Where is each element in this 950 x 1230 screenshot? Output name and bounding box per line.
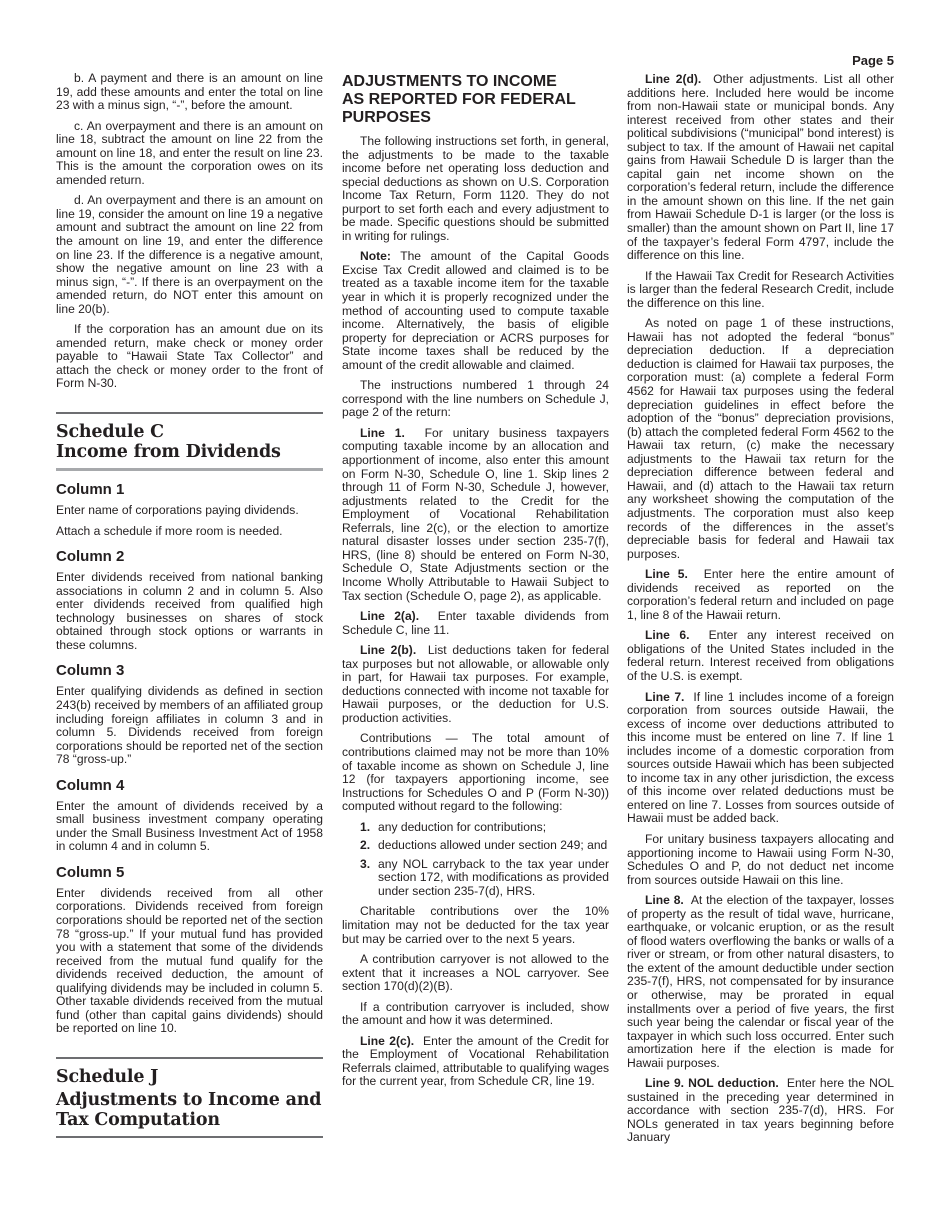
list-item: 3.any NOL carryback to the tax year unde… [360, 858, 609, 899]
list-text: any NOL carryback to the tax year under … [378, 858, 609, 899]
left-column: b. A payment and there is an amount on l… [56, 72, 323, 1138]
line-2c-paragraph: Line 2(c). Enter the amount of the Credi… [342, 1035, 609, 1089]
line-5-label: Line 5. [645, 567, 688, 581]
charitable-paragraph: Charitable contributions over the 10% li… [342, 905, 609, 946]
list-item: 2.deductions allowed under section 249; … [360, 839, 609, 853]
section-title-line2: AS REPORTED FOR FEDERAL [342, 91, 609, 109]
line-9-paragraph: Line 9. NOL deduction. Enter here the NO… [627, 1077, 894, 1145]
divider [56, 412, 323, 414]
column-2-text: Enter dividends received from national b… [56, 571, 323, 652]
line-2d-label: Line 2(d). [645, 72, 701, 86]
carryover-paragraph: A contribution carryover is not allowed … [342, 953, 609, 994]
line-7-text: If line 1 includes income of a foreign c… [627, 690, 894, 826]
column-5-text: Enter dividends received from all other … [56, 887, 323, 1036]
schedule-j-title-line3: Tax Computation [56, 1110, 323, 1130]
column-4-heading: Column 4 [56, 777, 323, 794]
list-item: 1.any deduction for contributions; [360, 821, 609, 835]
line-2a-label: Line 2(a). [360, 609, 419, 623]
line-2c-label: Line 2(c). [360, 1034, 414, 1048]
line-6-label: Line 6. [645, 628, 690, 642]
right-column: Line 2(d). Other adjustments. List all o… [627, 73, 894, 1152]
line-9-label: Line 9. NOL deduction. [645, 1076, 779, 1090]
schedule-j-title: Schedule J Adjustments to Income and Tax… [56, 1067, 323, 1130]
line-8-text: At the election of the taxpayer, losses … [627, 893, 894, 1070]
paragraph-b: b. A payment and there is an amount on l… [56, 72, 323, 113]
line-1-paragraph: Line 1. For unitary business taxpayers c… [342, 427, 609, 603]
paragraph-amount-due: If the corporation has an amount due on … [56, 323, 323, 391]
note-paragraph: Note: The amount of the Capital Goods Ex… [342, 250, 609, 372]
column-3-text: Enter qualifying dividends as defined in… [56, 685, 323, 766]
column-1-text: Enter name of corporations paying divide… [56, 504, 323, 518]
contributions-exclusion-list: 1.any deduction for contributions; 2.ded… [342, 821, 609, 899]
list-text: any deduction for contributions; [378, 821, 609, 835]
section-title-line3: PURPOSES [342, 109, 609, 127]
column-4-text: Enter the amount of dividends received b… [56, 800, 323, 854]
column-1-text-2: Attach a schedule if more room is needed… [56, 525, 323, 539]
schedule-j-title-line2: Adjustments to Income and [56, 1090, 323, 1110]
note-text: The amount of the Capital Goods Excise T… [342, 249, 609, 371]
contributions-paragraph: Contributions — The total amount of cont… [342, 732, 609, 813]
intro-paragraph: The following instructions set forth, in… [342, 135, 609, 243]
schedule-c-title-line1: Schedule C [56, 422, 323, 442]
list-number: 2. [360, 839, 378, 853]
list-number: 1. [360, 821, 378, 835]
page-number: Page 5 [852, 53, 894, 68]
line-6-paragraph: Line 6. Enter any interest received on o… [627, 629, 894, 683]
line-2b-paragraph: Line 2(b). List deductions taken for fed… [342, 644, 609, 725]
column-2-heading: Column 2 [56, 548, 323, 565]
line-2d-paragraph: Line 2(d). Other adjustments. List all o… [627, 73, 894, 263]
line-7-paragraph: Line 7. If line 1 includes income of a f… [627, 691, 894, 826]
schedule-c-title-line2: Income from Dividends [56, 442, 323, 462]
line-7-label: Line 7. [645, 690, 684, 704]
line-5-paragraph: Line 5. Enter here the entire amount of … [627, 568, 894, 622]
bonus-depreciation-paragraph: As noted on page 1 of these instructions… [627, 317, 894, 561]
divider [56, 1136, 323, 1138]
line-8-paragraph: Line 8. At the election of the taxpayer,… [627, 894, 894, 1070]
list-text: deductions allowed under section 249; an… [378, 839, 609, 853]
unitary-paragraph: For unitary business taxpayers allocatin… [627, 833, 894, 887]
carryover-included-paragraph: If a contribution carryover is included,… [342, 1001, 609, 1028]
line-1-label: Line 1. [360, 426, 405, 440]
column-3-heading: Column 3 [56, 662, 323, 679]
schedule-c-title: Schedule C Income from Dividends [56, 422, 323, 462]
list-number: 3. [360, 858, 378, 899]
paragraph-c: c. An overpayment and there is an amount… [56, 120, 323, 188]
divider [56, 468, 323, 471]
line-2a-paragraph: Line 2(a). Enter taxable dividends from … [342, 610, 609, 637]
middle-column: ADJUSTMENTS TO INCOME AS REPORTED FOR FE… [342, 73, 609, 1096]
column-1-heading: Column 1 [56, 481, 323, 498]
section-title-line1: ADJUSTMENTS TO INCOME [342, 73, 609, 91]
research-credit-paragraph: If the Hawaii Tax Credit for Research Ac… [627, 270, 894, 311]
column-5-heading: Column 5 [56, 864, 323, 881]
adjustments-section-title: ADJUSTMENTS TO INCOME AS REPORTED FOR FE… [342, 73, 609, 127]
note-label: Note: [360, 249, 391, 263]
line-1-text: For unitary business taxpayers computing… [342, 426, 609, 603]
schedule-j-title-line1: Schedule J [56, 1067, 323, 1087]
line-8-label: Line 8. [645, 893, 684, 907]
paragraph-d: d. An overpayment and there is an amount… [56, 194, 323, 316]
divider [56, 1057, 323, 1059]
instructions-intro: The instructions numbered 1 through 24 c… [342, 379, 609, 420]
line-2b-label: Line 2(b). [360, 643, 416, 657]
line-2d-text: Other adjustments. List all other additi… [627, 72, 894, 262]
